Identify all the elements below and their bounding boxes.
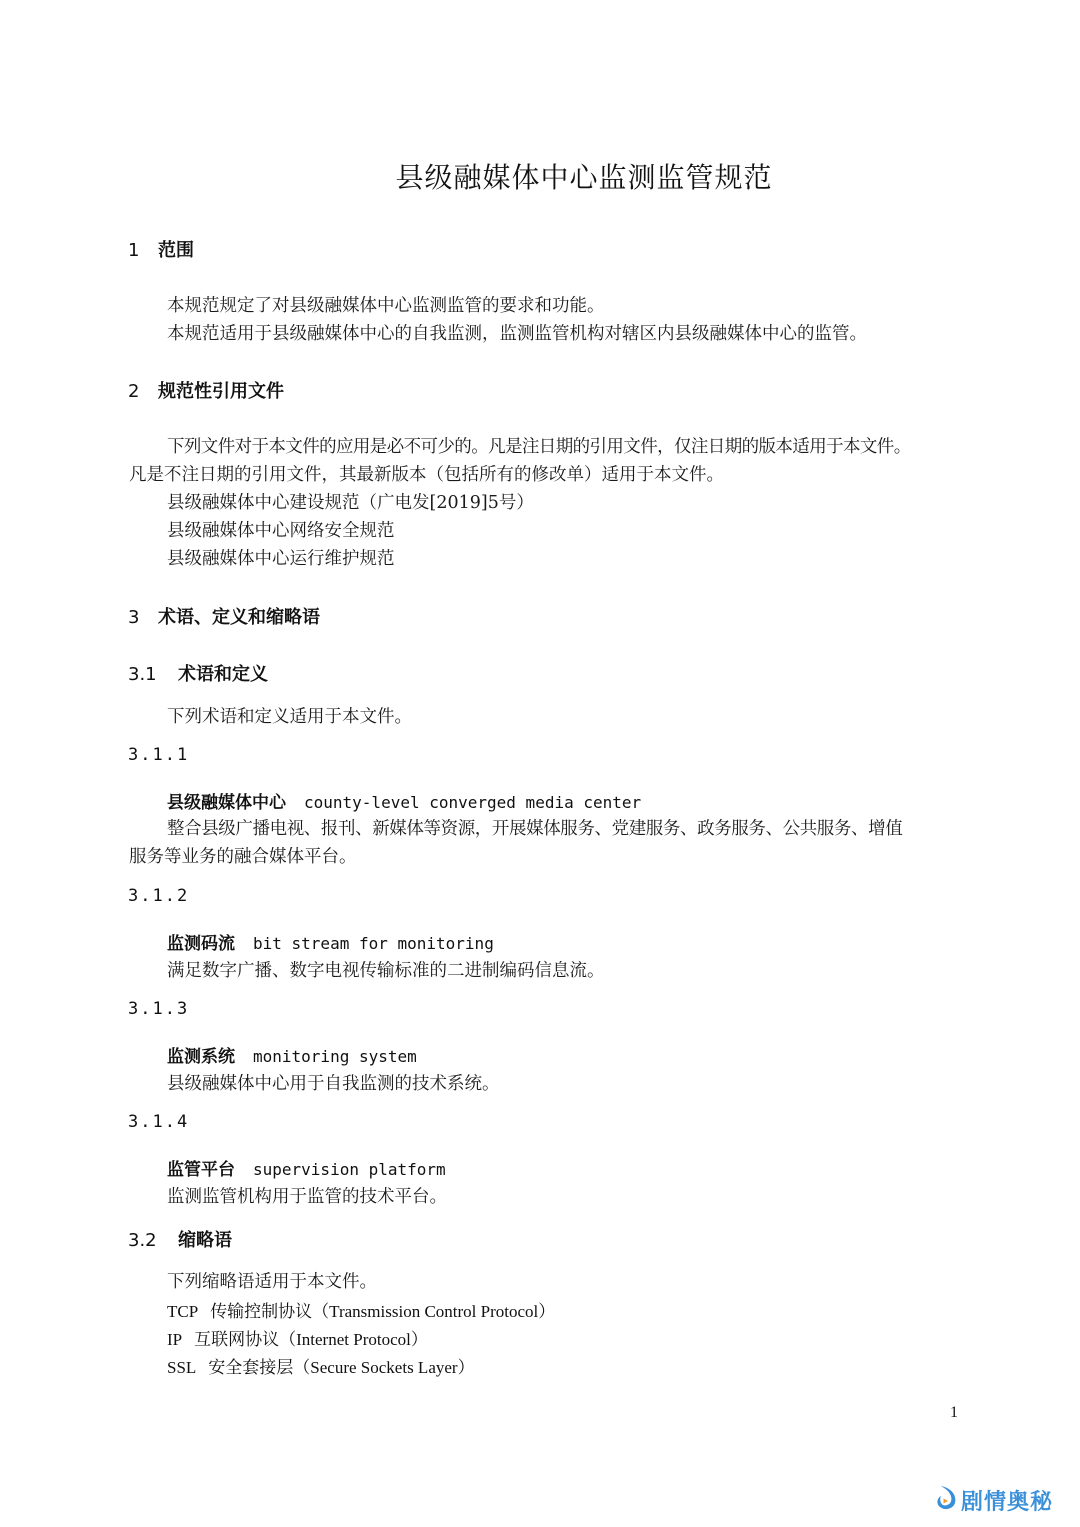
abbreviation-desc: 安全套接层（Secure Sockets Layer） — [208, 1358, 474, 1377]
section-2-heading: 2规范性引用文件 — [128, 377, 284, 403]
abbreviation-code: SSL — [167, 1358, 196, 1378]
abbreviation-item: SSL安全套接层（Secure Sockets Layer） — [167, 1353, 475, 1378]
section-number: 2 — [128, 381, 158, 402]
abbreviation-code: IP — [167, 1330, 182, 1350]
section-number: 3.1 — [128, 664, 178, 685]
page-number: 1 — [950, 1404, 958, 1422]
term-en: monitoring system — [253, 1047, 417, 1066]
section-number: 3 — [128, 607, 158, 628]
reference-item: 县级融媒体中心运行维护规范 — [167, 545, 395, 570]
paragraph: 下列文件对于本文件的应用是必不可少的。凡是注日期的引用文件，仅注日期的版本适用于… — [167, 433, 911, 458]
abbreviation-code: TCP — [167, 1302, 198, 1322]
term-zh: 监测系统 — [167, 1047, 235, 1067]
section-number: 1 — [128, 240, 158, 261]
term-entry: 县级融媒体中心county-level converged media cent… — [167, 788, 641, 813]
term-definition: 整合县级广播电视、报刊、新媒体等资源，开展媒体服务、党建服务、政务服务、公共服务… — [167, 815, 902, 840]
section-title: 规范性引用文件 — [158, 381, 284, 402]
paragraph: 本规范规定了对县级融媒体中心监测监管的要求和功能。 — [167, 292, 605, 317]
term-number: 3.1.3 — [128, 999, 189, 1019]
play-swirl-logo-icon — [935, 1484, 959, 1516]
watermark-logo: 剧情奥秘 — [935, 1484, 1053, 1516]
term-entry: 监测码流bit stream for monitoring — [167, 929, 494, 954]
subsection-3-1-heading: 3.1术语和定义 — [128, 660, 268, 686]
subsection-3-2-heading: 3.2缩略语 — [128, 1226, 232, 1252]
section-title: 范围 — [158, 240, 194, 261]
term-zh: 监管平台 — [167, 1160, 235, 1180]
term-entry: 监管平台supervision platform — [167, 1155, 446, 1180]
term-definition: 县级融媒体中心用于自我监测的技术系统。 — [167, 1070, 500, 1095]
term-entry: 监测系统monitoring system — [167, 1042, 417, 1067]
abbreviation-item: IP互联网协议（Internet Protocol） — [167, 1325, 428, 1350]
section-3-heading: 3术语、定义和缩略语 — [128, 603, 320, 629]
section-title: 术语和定义 — [178, 664, 268, 685]
term-number: 3.1.2 — [128, 886, 189, 906]
term-number: 3.1.1 — [128, 745, 189, 765]
abbreviation-desc: 互联网协议（Internet Protocol） — [194, 1330, 428, 1349]
term-en: county-level converged media center — [304, 793, 641, 812]
section-number: 3.2 — [128, 1230, 178, 1251]
term-en: bit stream for monitoring — [253, 934, 494, 953]
paragraph: 下列缩略语适用于本文件。 — [167, 1268, 377, 1293]
watermark-text: 剧情奥秘 — [961, 1485, 1053, 1516]
section-1-heading: 1范围 — [128, 236, 194, 262]
paragraph: 凡是不注日期的引用文件，其最新版本（包括所有的修改单）适用于本文件。 — [129, 461, 724, 486]
term-definition: 监测监管机构用于监管的技术平台。 — [167, 1183, 447, 1208]
document-title: 县级融媒体中心监测监管规范 — [0, 156, 1080, 196]
term-number: 3.1.4 — [128, 1112, 189, 1132]
term-en: supervision platform — [253, 1160, 446, 1179]
reference-item: 县级融媒体中心建设规范（广电发[2019]5号） — [167, 489, 534, 514]
paragraph: 下列术语和定义适用于本文件。 — [167, 703, 412, 728]
term-zh: 县级融媒体中心 — [167, 793, 286, 813]
section-title: 术语、定义和缩略语 — [158, 607, 320, 628]
abbreviation-desc: 传输控制协议（Transmission Control Protocol） — [210, 1302, 555, 1321]
term-zh: 监测码流 — [167, 934, 235, 954]
abbreviation-item: TCP传输控制协议（Transmission Control Protocol） — [167, 1297, 555, 1322]
section-title: 缩略语 — [178, 1230, 232, 1251]
reference-item: 县级融媒体中心网络安全规范 — [167, 517, 395, 542]
term-definition: 满足数字广播、数字电视传输标准的二进制编码信息流。 — [167, 957, 605, 982]
term-definition: 服务等业务的融合媒体平台。 — [129, 843, 357, 868]
paragraph: 本规范适用于县级融媒体中心的自我监测，监测监管机构对辖区内县级融媒体中心的监管。 — [167, 320, 867, 345]
